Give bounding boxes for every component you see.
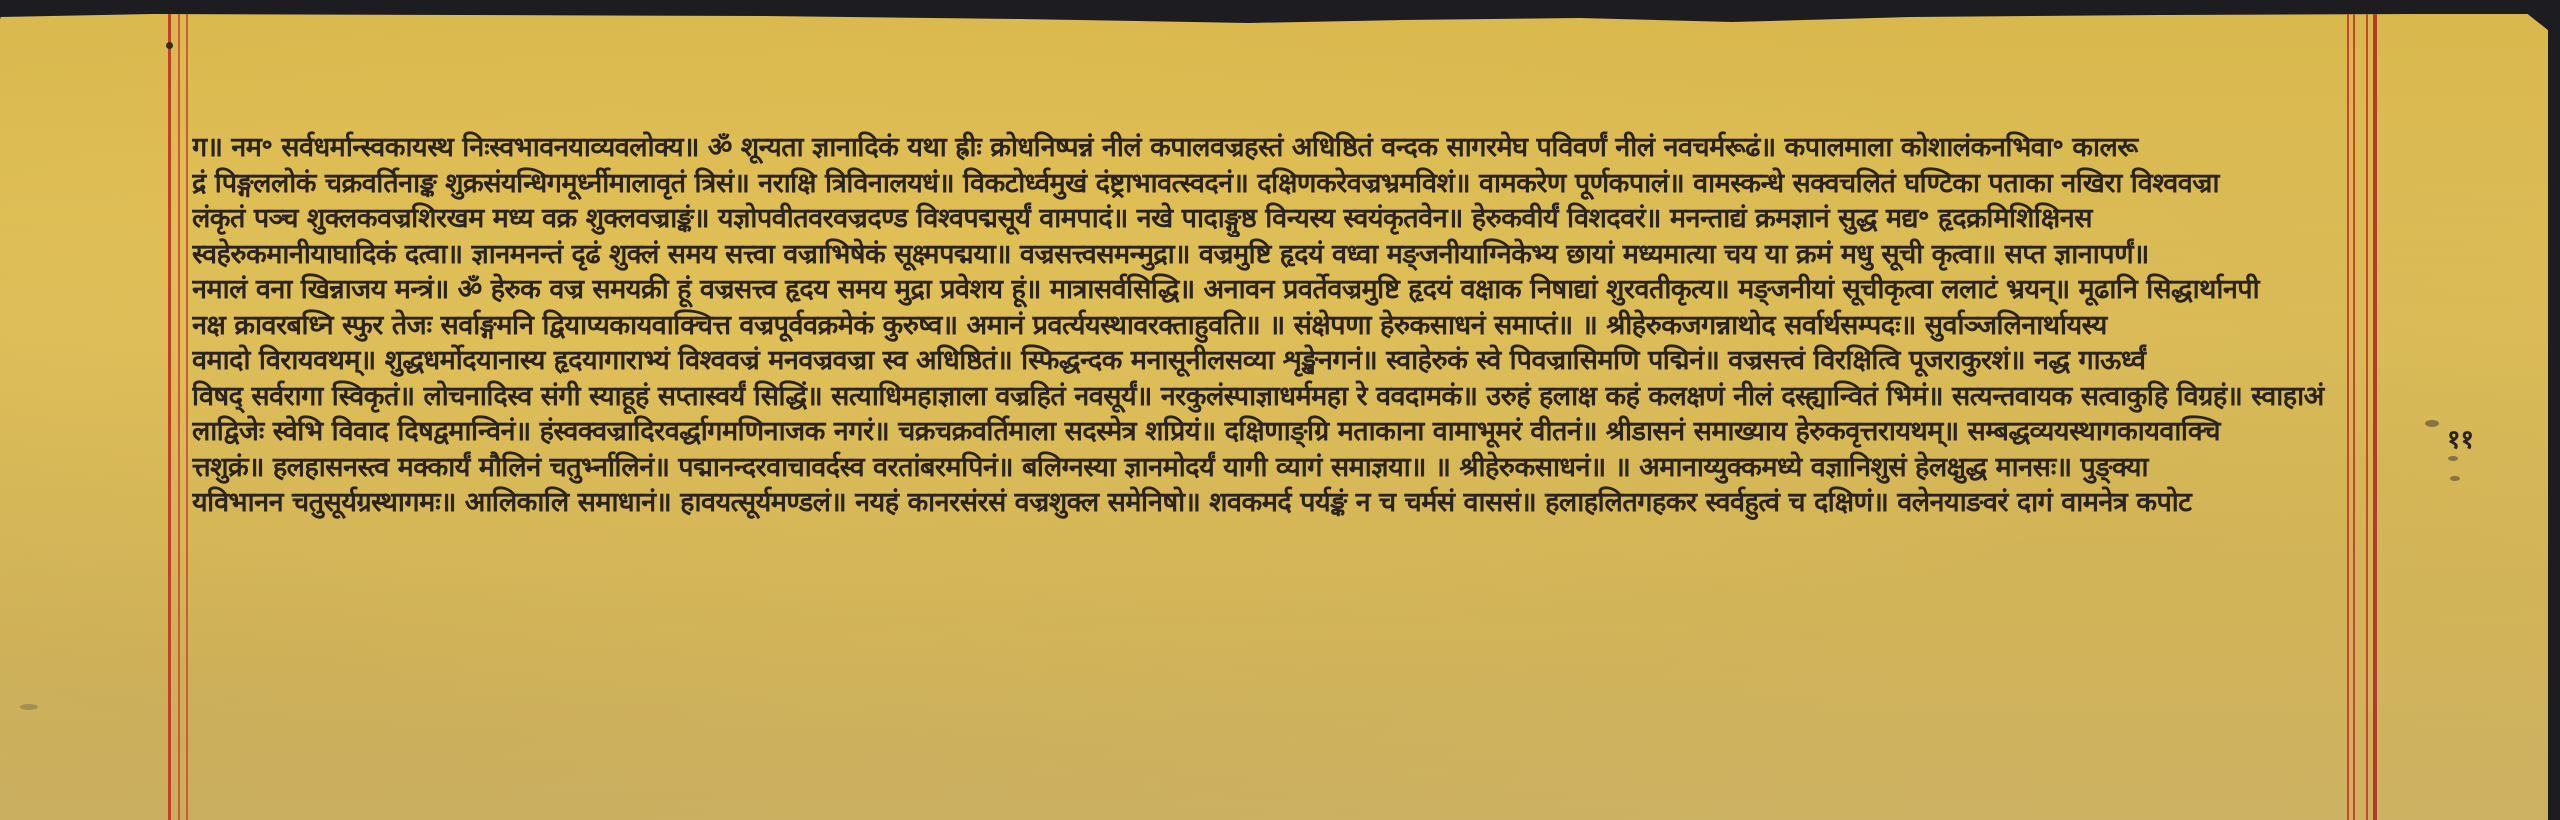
left-margin-rule — [186, 14, 188, 820]
text-line: लाद्विजेः स्वेभि विवाद दिषद्वमान्विनं॥ ह… — [192, 414, 2342, 450]
right-margin-rule — [2373, 14, 2377, 820]
text-line: यविभानन चतुसूर्यग्रस्थागमः॥ आलिकालि समाध… — [192, 485, 2342, 521]
margin-mark — [166, 42, 173, 49]
manuscript-text: ग॥ नम॰ सर्वधर्मान्स्वकायस्थ निःस्वभावनया… — [192, 130, 2342, 521]
text-line: नक्ष क्रावरबध्नि स्फुर तेजः सर्वाङ्गमनि … — [192, 308, 2342, 344]
ink-smudge — [2448, 456, 2458, 461]
text-line: ग॥ नम॰ सर्वधर्मान्स्वकायस्थ निःस्वभावनया… — [192, 130, 2342, 166]
folio-number: ११ — [2447, 420, 2474, 456]
text-line: वमादो विरायवथम्॥ शुद्धधर्मोदयानास्य हृदय… — [192, 343, 2342, 379]
right-margin-rule — [2353, 14, 2355, 820]
text-line: त्तशुक्रं॥ हलहासनस्त्व मक्कार्यं मौलिनं … — [192, 450, 2342, 486]
right-margin-rule — [2347, 14, 2349, 820]
text-line: नमालं वना खिन्नाजय मन्त्रं॥ ॐ हेरुक वज्र… — [192, 272, 2342, 308]
manuscript-folio: ग॥ नम॰ सर्वधर्मान्स्वकायस्थ निःस्वभावनया… — [0, 14, 2548, 820]
left-margin-rule — [178, 14, 180, 820]
ink-smudge — [20, 704, 38, 710]
text-line: स्वहेरुकमानीयाघादिकं दत्वा॥ ज्ञानमनन्तं … — [192, 237, 2342, 273]
text-line: द्रं पिङ्गललोकं चक्रवर्तिनाङ्क शुक्रसंयन… — [192, 166, 2342, 202]
text-line: लंकृतं पञ्च शुक्लकवज्रशिरखम मध्य वक्र शु… — [192, 201, 2342, 237]
ink-smudge — [2450, 476, 2460, 481]
right-margin-rule — [2366, 14, 2368, 820]
left-margin-rule — [168, 14, 171, 820]
text-line: विषद् सर्वरागा स्विकृतं॥ लोचनादिस्व संगी… — [192, 379, 2342, 415]
ink-smudge — [2425, 420, 2439, 427]
